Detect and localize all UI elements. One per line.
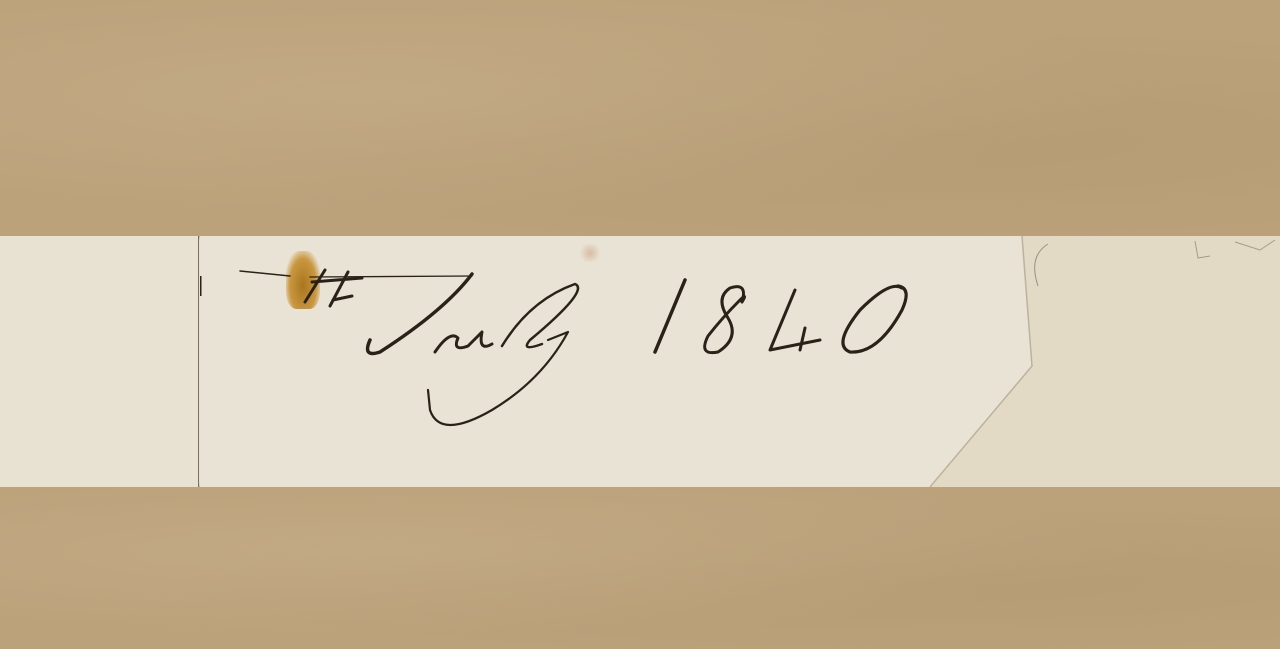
mounting-board-bottom: [0, 487, 1280, 649]
backing-paper-left: [0, 236, 199, 487]
mounting-board-top: [0, 0, 1280, 236]
handwritten-date: [230, 240, 950, 460]
